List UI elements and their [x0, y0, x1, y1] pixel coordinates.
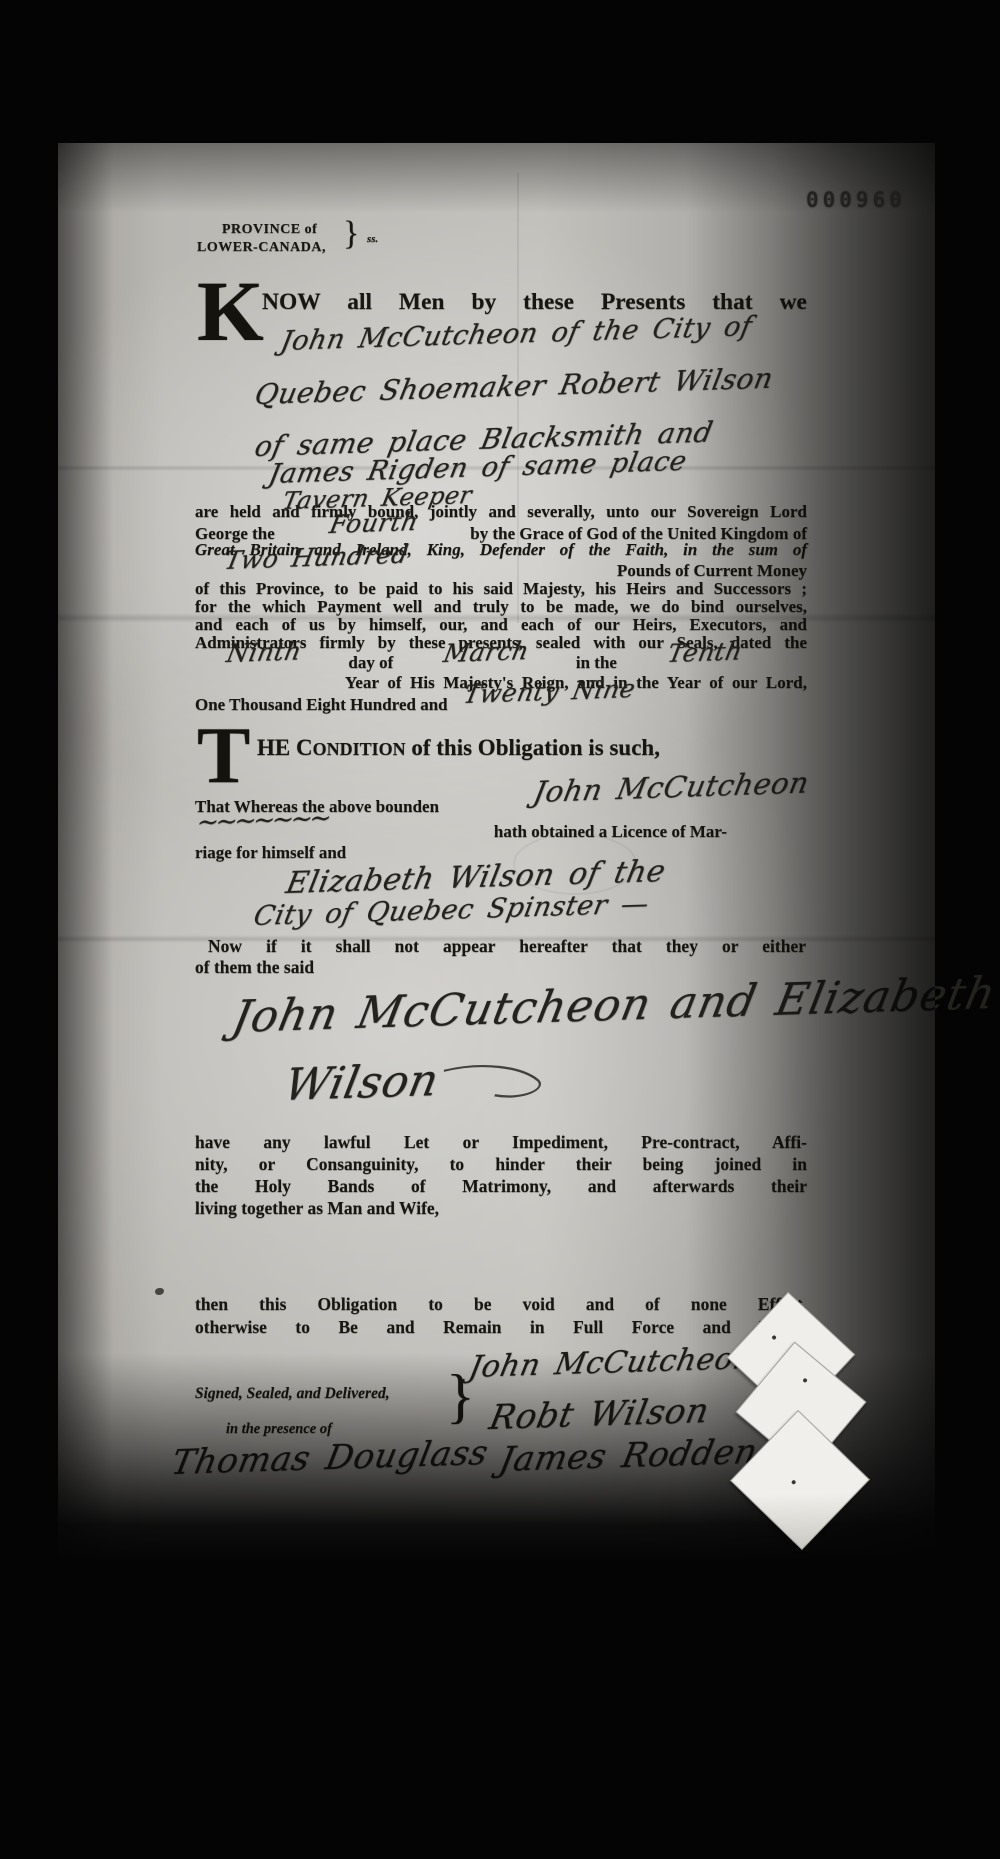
bond-line-11: One Thousand Eight Hundred and Twenty Ni… [195, 692, 807, 714]
signature-robert-wilson: Robt Wilson [486, 1391, 713, 1438]
impediment-line-1: have any lawful Let or Impediment, Pre-c… [195, 1133, 807, 1152]
licence-line-1-text: hath obtained a Licence of Mar- [494, 822, 727, 841]
signature-james-rodden: James Rodden [496, 1432, 761, 1480]
pen-flourish [433, 1057, 572, 1105]
seal-speck-2 [802, 1378, 808, 1384]
handwritten-couple-line-1: John McCutcheon and Elizabeth [228, 968, 1000, 1043]
bond-line-9-mid1: day of [348, 653, 393, 672]
bond-line-7: and each of us by himself, our, and each… [195, 615, 807, 634]
hereafter-line-1: Now if it shall not appear hereafter tha… [208, 936, 806, 957]
handwritten-regnal-year: Tenth [666, 641, 744, 663]
licence-line-1: ~~~~~~~ hath obtained a Licence of Mar- [195, 820, 807, 841]
attestation-label: Signed, Sealed, and Delivered, [195, 1385, 390, 1403]
handwritten-day: Ninth [225, 641, 303, 663]
condition-headline-b: ONDITION [313, 739, 406, 759]
seal-speck-1 [771, 1335, 777, 1341]
signature-witness-thomas-douglass: Thomas Douglass [168, 1433, 492, 1483]
bond-line-5: of this Province, to be paid to his said… [195, 579, 807, 598]
bond-line-4: Two Hundred Pounds of Current Money [195, 558, 807, 580]
handwritten-sum: Two Hundred [223, 544, 410, 570]
shadow-left [58, 143, 113, 1563]
bond-line-9: Ninth day of March in the Tenth [195, 650, 740, 672]
microfilm-frame: 000960 PROVINCE of LOWER-CANADA, } ss. K… [0, 0, 1000, 1859]
handwritten-month: March [442, 641, 531, 663]
condition-headline-a: HE C [257, 735, 313, 760]
province-brace: } [343, 215, 359, 253]
bond-line-4-post: Pounds of Current Money [617, 561, 807, 580]
handwritten-couple-line-2: Wilson [280, 1051, 573, 1111]
closing-line-2: otherwise to Be and Remain in Full Force… [195, 1318, 807, 1337]
closing-line-1: then this Obligation to be void and of n… [195, 1295, 807, 1314]
document-page: 000960 PROVINCE of LOWER-CANADA, } ss. K… [58, 143, 935, 1563]
impediment-line-2: nity, or Consanguinity, to hinder their … [195, 1155, 807, 1174]
signature-john-mccutcheon: John McCutcheon [466, 1341, 757, 1385]
hereafter-line-2: of them the said [195, 957, 314, 978]
handwritten-king-numeral: Fourth [328, 512, 420, 534]
impediment-line-3: the Holy Bands of Matrimony, and afterwa… [195, 1177, 807, 1196]
handwritten-couple-line-2-text: Wilson [280, 1055, 443, 1111]
impediment-line-4: living together as Man and Wife, [195, 1199, 807, 1218]
seal-speck-3 [791, 1479, 797, 1485]
dropcap-t: T [197, 725, 250, 787]
handwritten-grantor-line-2: Quebec Shoemaker Robert Wilson [252, 362, 776, 411]
province-heading-line1: PROVINCE of [222, 222, 317, 238]
handwritten-groom-name: John McCutcheon [532, 773, 810, 802]
condition-headline: HE CONDITION of this Obligation is such, [257, 735, 660, 761]
page-number-stamp: 000960 [806, 188, 906, 212]
ink-blot [155, 1288, 164, 1295]
condition-headline-c: of this Obligation is such, [406, 735, 660, 760]
bond-line-6: for the which Payment well and truly to … [195, 597, 807, 616]
illegible-scrawl: ~~~~~~~ [195, 809, 330, 833]
bond-line-9-mid2: in the [576, 653, 617, 672]
ss-abbreviation: ss. [367, 233, 378, 245]
province-heading-line2: LOWER-CANADA, [197, 240, 326, 256]
dropcap-k: K [197, 278, 264, 345]
presence-label: in the presence of [226, 1421, 332, 1438]
shadow-top [58, 143, 935, 213]
handwritten-year-words: Twenty Nine [462, 679, 637, 704]
